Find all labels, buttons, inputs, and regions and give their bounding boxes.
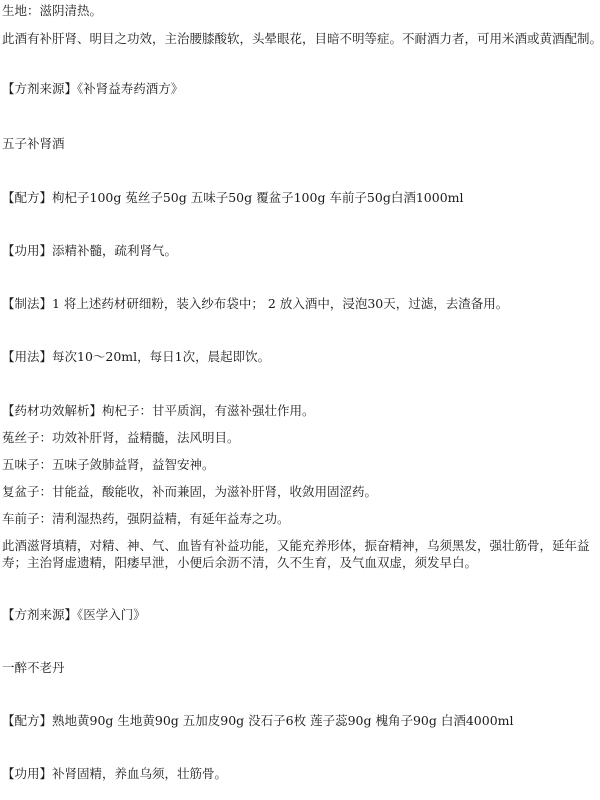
recipe-title-2: 一醉不老丹 [2, 659, 596, 676]
herb-note-shengdi: 生地：滋阴清热。 [2, 2, 596, 19]
herb-analysis-gouqi: 【药材功效解析】枸杞子：甘平质润，有滋补强壮作用。 [2, 402, 596, 419]
wine-effect-paragraph-2: 此酒滋肾填精，对精、神、气、血皆有补益功能，又能充养形体，振奋精神，乌须黑发，强… [2, 537, 596, 571]
herb-analysis-wuweizi: 五味子：五味子敛肺益肾，益智安神。 [2, 456, 596, 473]
recipe-function-1: 【功用】添精补髓，疏利肾气。 [2, 242, 596, 259]
recipe-formula-1: 【配方】枸杞子100g 菟丝子50g 五味子50g 覆盆子100g 车前子50g… [2, 189, 596, 206]
recipe-title-1: 五子补肾酒 [2, 135, 596, 152]
recipe-source-1: 【方剂来源】《补肾益寿药酒方》 [2, 80, 596, 97]
recipe-function-2: 【功用】补肾固精，养血乌须，壮筋骨。 [2, 765, 596, 782]
herb-analysis-cheqianzi: 车前子：清利湿热药，强阴益精，有延年益寿之功。 [2, 510, 596, 527]
herb-analysis-tusizi: 菟丝子：功效补肝肾，益精髓，法风明目。 [2, 429, 596, 446]
recipe-method-1: 【制法】1 将上述药材研细粉，装入纱布袋中； 2 放入酒中，浸泡30天，过滤，去… [2, 295, 596, 312]
wine-effect-paragraph-1: 此酒有补肝肾、明目之功效，主治腰膝酸软，头晕眼花，目暗不明等症。不耐酒力者，可用… [2, 30, 596, 47]
recipe-source-2: 【方剂来源】《医学入门》 [2, 606, 596, 623]
recipe-usage-1: 【用法】每次10～20ml，每日1次，晨起即饮。 [2, 348, 596, 365]
recipe-formula-2: 【配方】熟地黄90g 生地黄90g 五加皮90g 没石子6枚 莲子蕊90g 槐角… [2, 712, 596, 729]
herb-analysis-fupenzi: 复盆子：甘能益，酸能收，补而兼固，为滋补肝肾，收敛用固涩药。 [2, 483, 596, 500]
